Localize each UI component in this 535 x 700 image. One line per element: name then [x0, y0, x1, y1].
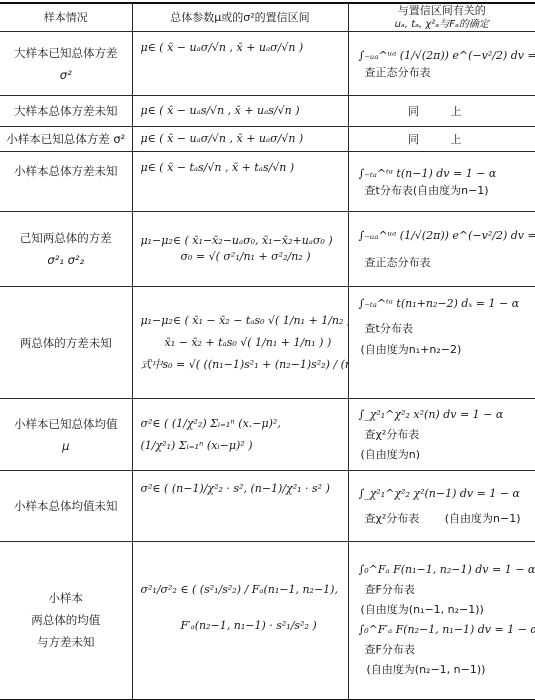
integral-formula-2: ∫₀^F′ₐ F(n₂−1, n₁−1) dv = 1 − α — [359, 620, 526, 640]
condition-text: 小样本总体方差未知 — [14, 164, 118, 178]
condition-text: 小样本已知总体均值 — [14, 417, 118, 431]
interval-cell: μ∈ ( x̄ − tₐs/√n , x̄ + tₐs/√n ) — [132, 152, 348, 212]
table-row: 大样本总体方差未知 μ∈ ( x̄ − uₐs/√n , x̄ + uₐs/√n… — [0, 96, 535, 127]
lookup-text: 查t分布表 — [359, 320, 526, 337]
header-determination-line1: 与置信区间有关的 — [398, 4, 486, 17]
condition-text-line2: 两总体的均值 — [31, 613, 100, 627]
confidence-interval-table: 样本情况 总体参数μ或的σ²的置信区间 与置信区间有关的 uₐ, tₐ, χ²ₐ… — [0, 2, 535, 700]
integral-formula: ∫_χ²₁^χ²₂ χ²(n−1) dv = 1 − α — [359, 485, 526, 502]
condition-cell: 己知两总体的方差 σ²₁ σ²₂ — [0, 212, 132, 287]
table-row: 小样本总体均值未知 σ²∈ ( (n−1)/χ²₂ · s², (n−1)/χ²… — [0, 471, 535, 542]
interval-formula-line1: σ²∈ ( (1/χ²₂) Σᵢ₌₁ⁿ (x.−μ)², — [141, 413, 340, 435]
condition-symbol: μ — [62, 439, 69, 453]
condition-symbol: σ² — [60, 68, 72, 82]
lookup-text-2: 查F分布表 — [359, 640, 526, 660]
header-row: 样本情况 总体参数μ或的σ²的置信区间 与置信区间有关的 uₐ, tₐ, χ²ₐ… — [0, 3, 535, 32]
condition-text: 小样本已知总体方差 σ² — [6, 132, 125, 146]
interval-cell: σ²₁/σ²₂ ∈ ( (s²₁/s²₂) / Fₐ(n₁−1, n₂−1), … — [132, 542, 348, 700]
condition-cell: 大样本总体方差未知 — [0, 96, 132, 127]
integral-formula: ∫₀^Fₐ F(n₁−1, n₂−1) dv = 1 − α — [359, 560, 526, 580]
table-row: 两总体的方差未知 μ₁−μ₂∈ ( x̄₁ − x̄₂ − tₐs₀ √( 1/… — [0, 287, 535, 399]
determination-cell: ∫₀^Fₐ F(n₁−1, n₂−1) dv = 1 − α 查F分布表 (自由… — [348, 542, 535, 700]
interval-formula-line2: x̄₁ − x̄₂ + tₐs₀ √( 1/n₁ + 1/n₁ ) ) — [141, 332, 340, 354]
dof-text: (自由度为(n₁−1, n₂−1)) — [359, 600, 526, 620]
interval-formula: σ²∈ ( (n−1)/χ²₂ · s², (n−1)/χ²₁ · s² ) — [141, 481, 340, 497]
same-as-above: 同 上 — [348, 96, 535, 127]
s0-formula: 式中s₀ = √( ((n₁−1)s²₁ + (n₂−1)s²₂) / (n₁+… — [141, 354, 340, 376]
condition-cell: 小样本总体均值未知 — [0, 471, 132, 542]
condition-cell: 小样本 两总体的均值 与方差未知 — [0, 542, 132, 700]
table-row: 己知两总体的方差 σ²₁ σ²₂ μ₁−μ₂∈ ( x̄₁−x̄₂−uₐσ₀, … — [0, 212, 535, 287]
interval-formula-line2: F′ₐ(n₂−1, n₁−1) · s²₁/s²₂ ) — [141, 608, 340, 644]
integral-formula: ∫₋ₜₐ^ᵗᵃ t(n−1) dv = 1 − α — [359, 165, 526, 182]
condition-text-line3: 与方差未知 — [37, 635, 95, 649]
determination-cell: ∫₋ᵤₐ^ᵘᵃ (1/√(2π)) e^(−v²/2) dv = 1 − α 查… — [348, 212, 535, 287]
interval-formula-line1: σ²₁/σ²₂ ∈ ( (s²₁/s²₂) / Fₐ(n₁−1, n₂−1), — [141, 572, 340, 608]
interval-cell: σ²∈ ( (1/χ²₂) Σᵢ₌₁ⁿ (x.−μ)², (1/χ²₁) Σᵢ₌… — [132, 399, 348, 471]
condition-text: 两总体的方差未知 — [20, 336, 112, 350]
lookup-text: 查正态分布表 — [359, 64, 526, 81]
interval-formula-line2: (1/χ²₁) Σᵢ₌₁ⁿ (xᵢ−μ)² ) — [141, 435, 340, 457]
condition-text: 小样本总体均值未知 — [14, 499, 118, 513]
interval-cell: μ∈ ( x̄ − uₐσ/√n , x̄ + uₐσ/√n ) — [132, 127, 348, 152]
header-determination: 与置信区间有关的 uₐ, tₐ, χ²ₐ与Fₐ的确定 — [348, 3, 535, 32]
interval-cell: μ₁−μ₂∈ ( x̄₁ − x̄₂ − tₐs₀ √( 1/n₁ + 1/n₂… — [132, 287, 348, 399]
condition-symbol: σ²₁ σ²₂ — [47, 253, 84, 267]
same-as-above: 同 上 — [348, 127, 535, 152]
condition-cell: 大样本已知总体方差 σ² — [0, 32, 132, 96]
determination-cell: ∫_χ²₁^χ²₂ x²(n) dv = 1 − α 查χ²分布表 (自由度为n… — [348, 399, 535, 471]
lookup-text: 查正态分布表 — [359, 254, 526, 271]
condition-text: 大样本总体方差未知 — [14, 104, 118, 118]
condition-text: 大样本已知总体方差 — [14, 46, 118, 60]
table-row: 小样本已知总体方差 σ² μ∈ ( x̄ − uₐσ/√n , x̄ + uₐσ… — [0, 127, 535, 152]
lookup-label: 查χ²分布表 — [365, 512, 420, 525]
table-row: 大样本已知总体方差 σ² μ∈ ( x̄ − uₐσ/√n , x̄ + uₐσ… — [0, 32, 535, 96]
dof-text: (自由度为n−1) — [445, 512, 521, 525]
integral-formula: ∫₋ᵤₐ^ᵘᵃ (1/√(2π)) e^(−v²/2) dv = 1 − α — [359, 47, 526, 64]
interval-formula: μ∈ ( x̄ − uₐσ/√n , x̄ + uₐσ/√n ) — [141, 131, 340, 147]
lookup-text: 查χ²分布表 (自由度为n−1) — [359, 510, 526, 527]
condition-cell: 小样本总体方差未知 — [0, 152, 132, 212]
integral-formula: ∫_χ²₁^χ²₂ x²(n) dv = 1 − α — [359, 406, 526, 423]
lookup-text: 查χ²分布表 — [359, 426, 526, 443]
table-row: 小样本已知总体均值 μ σ²∈ ( (1/χ²₂) Σᵢ₌₁ⁿ (x.−μ)²,… — [0, 399, 535, 471]
sigma0-formula: σ₀ = √( σ²₁/n₁ + σ²₂/n₂ ) — [141, 249, 340, 265]
interval-formula-line1: μ₁−μ₂∈ ( x̄₁ − x̄₂ − tₐs₀ √( 1/n₁ + 1/n₂… — [141, 310, 340, 332]
header-condition: 样本情况 — [0, 3, 132, 32]
interval-formula: μ∈ ( x̄ − uₐs/√n , x̄ + uₐs/√n ) — [141, 103, 340, 119]
dof-text-2: (自由度为(n₂−1, n−1)) — [359, 660, 526, 680]
interval-cell: μ₁−μ₂∈ ( x̄₁−x̄₂−uₐσ₀, x̄₁−x̄₂+uₐσ₀ ) σ₀… — [132, 212, 348, 287]
interval-formula: μ∈ ( x̄ − tₐs/√n , x̄ + tₐs/√n ) — [141, 160, 340, 176]
determination-cell: ∫₋ₜₐ^ᵗᵃ t(n−1) dv = 1 − α 查t分布表(自由度为n−1) — [348, 152, 535, 212]
table-row: 小样本 两总体的均值 与方差未知 σ²₁/σ²₂ ∈ ( (s²₁/s²₂) /… — [0, 542, 535, 700]
interval-formula: μ∈ ( x̄ − uₐσ/√n , x̄ + uₐσ/√n ) — [141, 40, 340, 56]
interval-formula: μ₁−μ₂∈ ( x̄₁−x̄₂−uₐσ₀, x̄₁−x̄₂+uₐσ₀ ) — [141, 233, 340, 249]
determination-cell: ∫₋ᵤₐ^ᵘᵃ (1/√(2π)) e^(−v²/2) dv = 1 − α 查… — [348, 32, 535, 96]
determination-cell: ∫₋ₜₐ^ᵗᵃ t(n₁+n₂−2) dₓ = 1 − α 查t分布表 (自由度… — [348, 287, 535, 399]
integral-formula: ∫₋ₜₐ^ᵗᵃ t(n₁+n₂−2) dₓ = 1 − α — [359, 295, 526, 312]
condition-text: 己知两总体的方差 — [20, 231, 112, 245]
condition-cell: 小样本已知总体方差 σ² — [0, 127, 132, 152]
header-determination-line2: uₐ, tₐ, χ²ₐ与Fₐ的确定 — [395, 19, 489, 30]
integral-formula: ∫₋ᵤₐ^ᵘᵃ (1/√(2π)) e^(−v²/2) dv = 1 − α — [359, 227, 526, 244]
lookup-text: 查t分布表(自由度为n−1) — [359, 182, 526, 199]
header-interval: 总体参数μ或的σ²的置信区间 — [132, 3, 348, 32]
dof-text: (自由度为n) — [359, 446, 526, 463]
determination-cell: ∫_χ²₁^χ²₂ χ²(n−1) dv = 1 − α 查χ²分布表 (自由度… — [348, 471, 535, 542]
condition-cell: 两总体的方差未知 — [0, 287, 132, 399]
interval-cell: μ∈ ( x̄ − uₐσ/√n , x̄ + uₐσ/√n ) — [132, 32, 348, 96]
lookup-text: 查F分布表 — [359, 580, 526, 600]
interval-cell: μ∈ ( x̄ − uₐs/√n , x̄ + uₐs/√n ) — [132, 96, 348, 127]
condition-text-line1: 小样本 — [49, 591, 84, 605]
interval-cell: σ²∈ ( (n−1)/χ²₂ · s², (n−1)/χ²₁ · s² ) — [132, 471, 348, 542]
condition-cell: 小样本已知总体均值 μ — [0, 399, 132, 471]
dof-text: (自由度为n₁+n₂−2) — [359, 341, 526, 358]
table-row: 小样本总体方差未知 μ∈ ( x̄ − tₐs/√n , x̄ + tₐs/√n… — [0, 152, 535, 212]
